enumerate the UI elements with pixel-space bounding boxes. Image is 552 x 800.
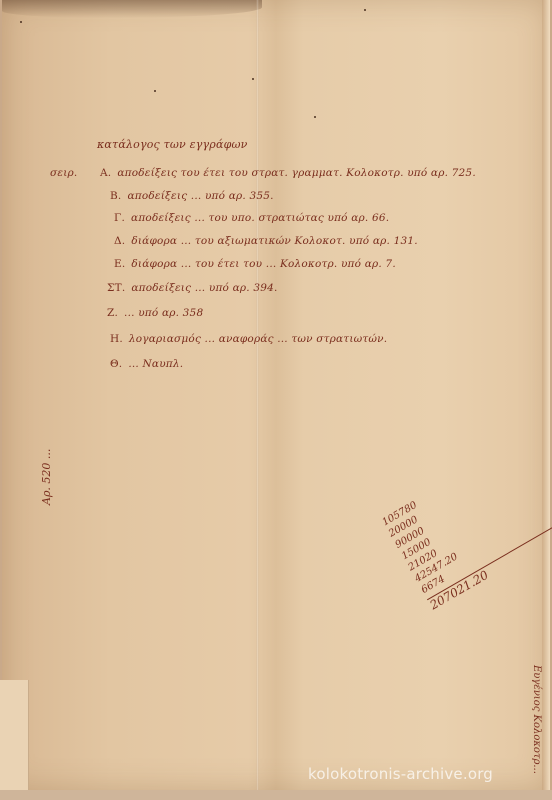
entry-marker: Γ. [114, 212, 125, 224]
entry-b: Β.αποδείξεις ... υπό αρ. 355. [110, 190, 274, 202]
entry-marker: Η. [110, 333, 123, 345]
scan-background-strip [0, 790, 552, 800]
entry-text: αποδείξεις του έτει του στρατ. γραμματ. … [117, 167, 476, 179]
top-edge-shadow [2, 0, 262, 18]
entry-marker: Ε. [114, 258, 125, 270]
folded-corner-flap [0, 680, 29, 792]
entry-marker: Ζ. [107, 307, 118, 319]
entry-text: ... υπό αρ. 358 [124, 307, 203, 319]
paper-speck [154, 90, 156, 92]
entry-text: αποδείξεις ... του υπο. στρατιώτας υπό α… [131, 212, 389, 224]
side-note-left: Αρ. 520 ... [40, 449, 53, 505]
calculation-block: 105780 20000 90000 15000 21020 42547.20 … [380, 438, 552, 622]
signature: Ευγένιος Κολοκοτρ... [531, 665, 542, 774]
entry-c: Γ.αποδείξεις ... του υπο. στρατιώτας υπό… [114, 212, 389, 224]
entry-d: Δ.διάφορα ... του αξιωματικών Κολοκοτ. υ… [114, 235, 418, 247]
entry-marker: Θ. [110, 358, 122, 370]
entry-marker: Α. [100, 167, 111, 179]
archive-watermark: kolokotronis-archive.org [308, 765, 493, 783]
paper-speck [252, 78, 254, 80]
entry-g: Ζ.... υπό αρ. 358 [107, 307, 203, 319]
paper-speck [20, 21, 22, 23]
entry-text: λογαριασμός ... αναφοράς ... των στρατιω… [129, 333, 387, 345]
margin-note: σειρ. [50, 167, 77, 179]
document-heading: κατάλογος των εγγράφων [97, 138, 248, 151]
manuscript-page: κατάλογος των εγγράφων σειρ. Α.αποδείξει… [2, 0, 550, 790]
entry-text: αποδείξεις ... υπό αρ. 355. [127, 190, 273, 202]
center-fold [256, 0, 259, 790]
entry-marker: Δ. [114, 235, 125, 247]
entry-f: ΣΤ.αποδείξεις ... υπό αρ. 394. [107, 282, 278, 294]
entry-marker: ΣΤ. [107, 282, 125, 294]
entry-text: διάφορα ... του έτει του ... Κολοκοτρ. υ… [131, 258, 395, 270]
entry-text: ... Ναυπλ. [128, 358, 183, 370]
entry-marker: Β. [110, 190, 121, 202]
entry-e: Ε.διάφορα ... του έτει του ... Κολοκοτρ.… [114, 258, 396, 270]
entry-i: Θ.... Ναυπλ. [110, 358, 183, 370]
entry-h: Η.λογαριασμός ... αναφοράς ... των στρατ… [110, 333, 387, 345]
paper-speck [364, 9, 366, 11]
right-paper-edge [542, 0, 550, 790]
paper-speck [314, 116, 316, 118]
entry-a: Α.αποδείξεις του έτει του στρατ. γραμματ… [100, 167, 476, 179]
entry-text: διάφορα ... του αξιωματικών Κολοκοτ. υπό… [131, 235, 417, 247]
entry-text: αποδείξεις ... υπό αρ. 394. [131, 282, 277, 294]
